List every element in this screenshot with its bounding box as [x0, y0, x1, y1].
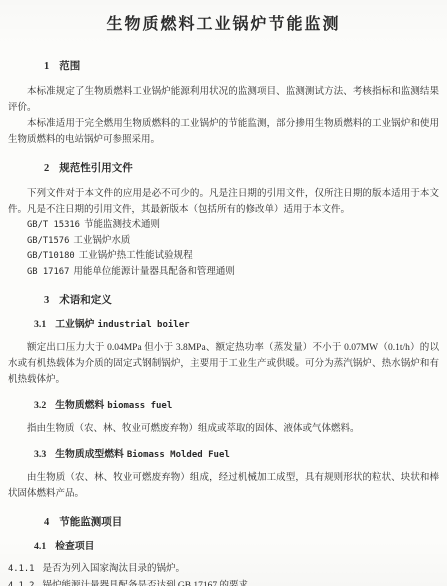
term-3-2-heading: 3.2生物质燃料biomass fuel	[8, 399, 439, 413]
section-2-number: 2	[44, 163, 49, 174]
reference-code: GB/T1576	[27, 236, 69, 246]
section-2-title: 规范性引用文件	[59, 163, 133, 174]
section-1-paragraph-2: 本标准适用于完全燃用生物质燃料的工业锅炉的节能监测，部分掺用生物质燃料的工业锅炉…	[8, 116, 439, 148]
reference-name: 工业锅炉水质	[73, 236, 130, 246]
document-page: 生物质燃料工业锅炉节能监测 1范围 本标准规定了生物质燃料工业锅炉能源利用状况的…	[0, 0, 447, 586]
term-3-2-english: biomass fuel	[107, 401, 172, 411]
section-1-heading: 1范围	[8, 60, 439, 73]
term-3-1-number: 3.1	[34, 319, 46, 330]
check-item-text: 是否为列入国家淘汰目录的锅炉。	[42, 564, 185, 574]
term-3-2-name: 生物质燃料	[55, 400, 104, 411]
reference-code: GB/T10180	[27, 251, 75, 261]
section-3-title: 术语和定义	[59, 295, 112, 306]
term-3-1-heading: 3.1工业锅炉industrial boiler	[8, 318, 439, 332]
section-2-heading: 2规范性引用文件	[8, 162, 439, 175]
section-3-heading: 3术语和定义	[8, 294, 439, 307]
reference-item: GB/T10180工业锅炉热工性能试验规程	[27, 249, 439, 265]
section-3: 3术语和定义 3.1工业锅炉industrial boiler 额定出口压力大于…	[8, 294, 439, 502]
section-1-title: 范围	[59, 61, 80, 72]
reference-name: 工业锅炉热工性能试验规程	[79, 251, 193, 261]
section-3-number: 3	[44, 295, 49, 306]
section-4-title: 节能监测项目	[59, 517, 122, 528]
section-1-paragraph-1: 本标准规定了生物质燃料工业锅炉能源利用状况的监测项目、监测测试方法、考核指标和监…	[8, 84, 439, 116]
reference-item: GB/T 15316节能监测技术通则	[27, 218, 439, 234]
term-3-1-english: industrial boiler	[97, 320, 189, 330]
section-4-number: 4	[44, 517, 49, 528]
reference-name: 用能单位能源计量器具配备和管理通则	[73, 267, 235, 277]
subsection-4-1-number: 4.1	[34, 541, 46, 552]
check-item-number: 4.1.2	[8, 581, 34, 586]
reference-item: GB/T1576工业锅炉水质	[27, 234, 439, 250]
section-4-heading: 4节能监测项目	[8, 516, 439, 529]
term-3-2-definition: 指由生物质（农、林、牧业可燃废弃物）组成或萃取的固体、液体或气体燃料。	[8, 421, 439, 437]
check-item-number: 4.1.1	[8, 564, 34, 574]
term-3-1-definition: 额定出口压力大于 0.04MPa 但小于 3.8MPa、额定热功率（蒸发量）不小…	[8, 340, 439, 388]
term-3-3-name: 生物质成型燃料	[55, 449, 124, 460]
subsection-4-1-heading: 4.1检查项目	[8, 540, 439, 553]
check-item-list: 4.1.1是否为列入国家淘汰目录的锅炉。 4.1.2锅炉能源计量器具配备是否达到…	[8, 561, 439, 586]
section-2-paragraph-1: 下列文件对于本文件的应用是必不可少的。凡是注日期的引用文件，仅所注日期的版本适用…	[8, 186, 439, 218]
check-item: 4.1.2锅炉能源计量器具配备是否达到 GB 17167 的要求。	[8, 578, 439, 586]
reference-item: GB 17167用能单位能源计量器具配备和管理通则	[27, 265, 439, 281]
check-item-text: 锅炉能源计量器具配备是否达到 GB 17167 的要求。	[42, 581, 257, 586]
term-3-3-number: 3.3	[34, 449, 46, 460]
term-3-1-name: 工业锅炉	[55, 319, 94, 330]
reference-code: GB/T 15316	[27, 220, 80, 230]
term-3-2-number: 3.2	[34, 400, 46, 411]
term-3-3-english: Biomass Molded Fuel	[127, 450, 230, 460]
reference-code: GB 17167	[27, 267, 69, 277]
term-3-3-heading: 3.3生物质成型燃料Biomass Molded Fuel	[8, 448, 439, 462]
normative-reference-list: GB/T 15316节能监测技术通则 GB/T1576工业锅炉水质 GB/T10…	[8, 218, 439, 280]
subsection-4-1-title: 检查项目	[55, 541, 94, 552]
check-item: 4.1.1是否为列入国家淘汰目录的锅炉。	[8, 561, 439, 578]
section-1-number: 1	[44, 61, 49, 72]
document-title: 生物质燃料工业锅炉节能监测	[8, 14, 439, 36]
term-3-3-definition: 由生物质（农、林、牧业可燃废弃物）组成，经过机械加工成型，具有规则形状的粒状、块…	[8, 470, 439, 502]
reference-name: 节能监测技术通则	[84, 220, 160, 230]
